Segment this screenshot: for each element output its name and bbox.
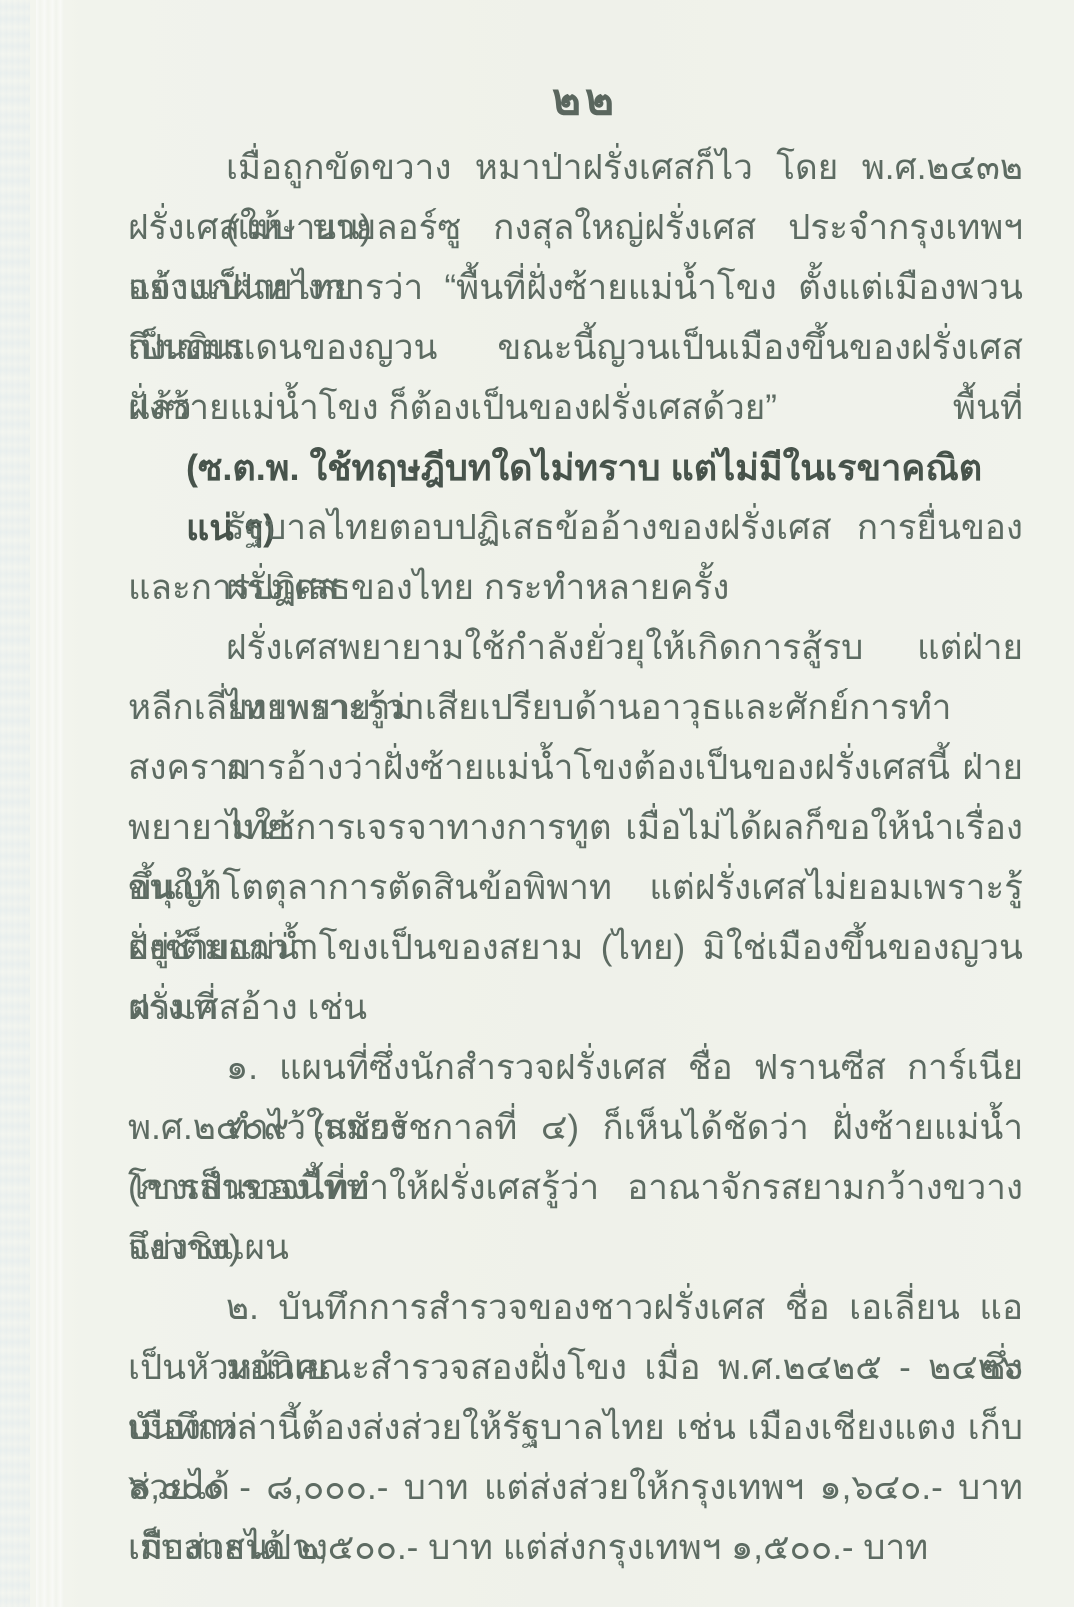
text-line: พยายามใช้การเจรจาทางการทูต เมื่อไม่ได้ผล… xyxy=(128,798,1023,858)
text-line: (ซ.ต.พ. ใช้ทฤษฎีบทใดไม่ทราบ แต่ไม่มีในเร… xyxy=(128,438,1023,498)
text-line: ฝรั่งเศสให้ นายลอร์ซู กงสุลใหญ่ฝรั่งเศส … xyxy=(128,198,1023,258)
text-line: หลีกเลี่ยง เพราะรู้ว่าเสียเปรียบด้านอาวุ… xyxy=(128,678,1023,738)
scan-edge-lightstrip xyxy=(36,0,64,1607)
text-line: เป็นดินแดนของญวน ขณะนี้ญวนเป็นเมืองขึ้นข… xyxy=(128,318,1023,378)
text-line: ๑. แผนที่ซึ่งนักสำรวจฝรั่งเศส ชื่อ ฟรานซ… xyxy=(128,1038,1023,1098)
scanned-book-page: ๒๒ เมื่อถูกขัดขวาง หมาป่าฝรั่งเศสก็ไว โด… xyxy=(0,0,1074,1607)
text-line: เมืองเหล่านี้ต้องส่งส่วยให้รัฐบาลไทย เช่… xyxy=(128,1398,1023,1458)
text-line: (การสำรวจนี้ที่ทำให้ฝรั่งเศสรู้ว่า อาณาจ… xyxy=(128,1158,1023,1218)
text-line: ฝั่งซ้ายแม่น้ำโขงเป็นของสยาม (ไทย) มิใช่… xyxy=(128,918,1023,978)
text-line: อนุญาโตตุลาการตัดสินข้อพิพาท แต่ฝรั่งเศส… xyxy=(128,858,1023,918)
text-line: เก็บส่วยได้ ๒,๕๐๐.- บาท แต่ส่งกรุงเทพฯ ๑… xyxy=(128,1518,1023,1578)
text-line: เป็นหัวหน้าคณะสำรวจสองฝั่งโขง เมื่อ พ.ศ.… xyxy=(128,1338,1023,1398)
text-line: การอ้างว่าฝั่งซ้ายแม่น้ำโขงต้องเป็นของฝร… xyxy=(128,738,1023,798)
text-line: เมื่อถูกขัดขวาง หมาป่าฝรั่งเศสก็ไว โดย พ… xyxy=(128,138,1023,198)
text-line: ฝรั่งเศสอ้าง เช่น xyxy=(128,978,1023,1038)
text-line: และการปฏิเสธของไทย กระทำหลายครั้ง xyxy=(128,558,1023,618)
body-text-block: เมื่อถูกขัดขวาง หมาป่าฝรั่งเศสก็ไว โดย พ… xyxy=(128,138,1023,1578)
text-line: อย่างเป็นทางการว่า “พื้นที่ฝั่งซ้ายแม่น้… xyxy=(128,258,1023,318)
text-line: พ.ศ.๒๔๐๙ (สมัยรัชกาลที่ ๔) ก็เห็นได้ชัดว… xyxy=(128,1098,1023,1158)
text-line: ฝรั่งเศสพยายามใช้กำลังยั่วยุให้เกิดการสู… xyxy=(128,618,1023,678)
text-line: ๒. บันทึกการสำรวจของชาวฝรั่งเศส ชื่อ เอเ… xyxy=(128,1278,1023,1338)
text-line: ๖,๐๐๐ - ๘,๐๐๐.- บาท แต่ส่งส่วยให้กรุงเทพ… xyxy=(128,1458,1023,1518)
scan-edge-artifact xyxy=(0,0,30,1607)
page-number: ๒๒ xyxy=(552,64,618,134)
text-line: รัฐบาลไทยตอบปฏิเสธข้ออ้างของฝรั่งเศส การ… xyxy=(128,498,1023,558)
